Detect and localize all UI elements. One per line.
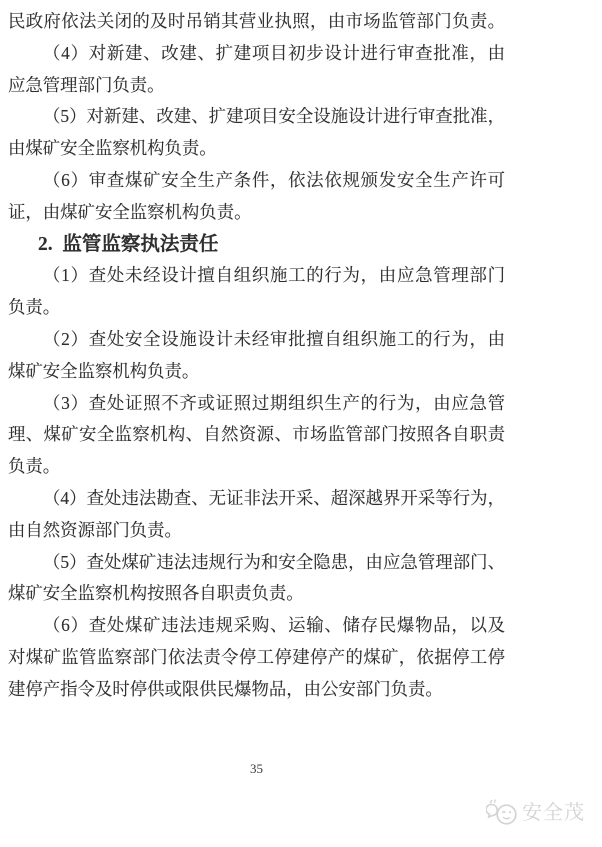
document-body: 民政府依法关闭的及时吊销其营业执照，由市场监管部门负责。 （4）对新建、改建、扩… — [8, 6, 505, 706]
text-line: 由自然资源部门负责。 — [8, 515, 505, 547]
brand-name: 安全茂 — [522, 799, 585, 827]
text-line: （2）查处安全设施设计未经审批擅自组织施工的行为，由 — [8, 324, 505, 356]
text-line: （4）查处违法勘查、无证非法开采、超深越界开采等行为， — [8, 483, 505, 515]
text-line: 煤矿安全监察机构按照各自职责负责。 — [8, 578, 505, 610]
page-number: 35 — [8, 761, 505, 777]
text-line: 建停产指令及时停供或限供民爆物品，由公安部门负责。 — [8, 674, 505, 706]
brand-watermark: 安全茂 — [486, 799, 585, 827]
chat-mascot-icon — [486, 799, 519, 827]
text-line: （3）查处证照不齐或证照过期组织生产的行为，由应急管 — [8, 388, 505, 420]
text-line: （1）查处未经设计擅自组织施工的行为，由应急管理部门 — [8, 260, 505, 292]
text-line: （5）对新建、改建、扩建项目安全设施设计进行审查批准， — [8, 101, 505, 133]
text-line: （4）对新建、改建、扩建项目初步设计进行审查批准，由 — [8, 38, 505, 70]
section-heading: 2. 监管监察执法责任 — [8, 229, 505, 261]
text-line: （6）查处煤矿违法违规采购、运输、储存民爆物品，以及 — [8, 610, 505, 642]
text-line: 负责。 — [8, 451, 505, 483]
text-line: （6）审查煤矿安全生产条件，依法依规颁发安全生产许可 — [8, 165, 505, 197]
text-line: （5）查处煤矿违法违规行为和安全隐患，由应急管理部门、 — [8, 547, 505, 579]
text-line: 由煤矿安全监察机构负责。 — [8, 133, 505, 165]
text-line: 煤矿安全监察机构负责。 — [8, 356, 505, 388]
text-line: 应急管理部门负责。 — [8, 70, 505, 102]
text-line: 理、煤矿安全监察机构、自然资源、市场监管部门按照各自职责 — [8, 419, 505, 451]
text-line: 民政府依法关闭的及时吊销其营业执照，由市场监管部门负责。 — [8, 6, 505, 38]
text-line: 对煤矿监管监察部门依法责令停工停建停产的煤矿，依据停工停 — [8, 642, 505, 674]
text-line: 负责。 — [8, 292, 505, 324]
text-line: 证，由煤矿安全监察机构负责。 — [8, 197, 505, 229]
document-page: 民政府依法关闭的及时吊销其营业执照，由市场监管部门负责。 （4）对新建、改建、扩… — [0, 0, 602, 847]
